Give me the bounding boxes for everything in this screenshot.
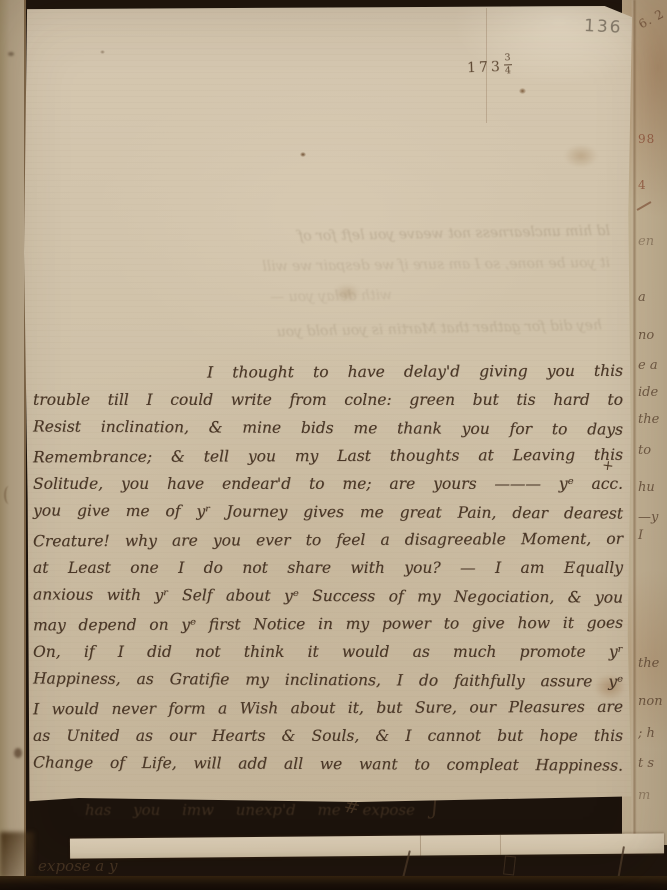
crease-mark (4, 486, 14, 504)
facing-text-fragment: —y (638, 510, 658, 525)
facing-text-fragment: hu (638, 480, 655, 495)
corner-shadow (0, 832, 34, 878)
letter-line: Resist inclination, & mine bids me thank… (33, 412, 623, 443)
gutter-crease (632, 0, 636, 845)
facing-text-fragment: to (638, 443, 651, 458)
fraction-numerator: 3 (503, 53, 511, 65)
folio-number: 136 (583, 16, 622, 38)
letter-line: Remembrance; & tell you my Last thoughts… (33, 441, 623, 472)
facing-text-fragment: en (638, 234, 654, 249)
facing-text-fragment: no (638, 328, 654, 343)
facing-text-fragment: ; h (638, 726, 655, 741)
facing-text-fragment: e a (638, 358, 658, 373)
letter-page: 136 17334 ld him unclearness not weave y… (24, 6, 632, 802)
letter-line: at Least one I do not share with you? — … (33, 554, 623, 582)
facing-text-fragment: the (638, 656, 659, 671)
lower-sheet-text-fragment: expose a y (38, 857, 118, 875)
facing-text-fragment: ide (638, 385, 658, 400)
under-sheet-clipped-line: has you imw unexp'd me expose (85, 801, 415, 819)
letter-line: Change of Life, will add all we want to … (33, 748, 623, 779)
manuscript-number: 17334 (467, 53, 513, 77)
foxing-spot (300, 152, 306, 157)
ink-blot (14, 748, 22, 758)
facing-page-number: 4 (638, 178, 647, 192)
facing-text-fragment: the (638, 412, 659, 427)
ink-speck (8, 52, 14, 56)
letter-line: anxious with yʳ Self about yᵉ Success of… (33, 580, 623, 611)
box-pen-mark (503, 855, 516, 875)
manuscript-number-integer: 173 (467, 59, 503, 76)
foxing-stain (564, 144, 598, 168)
facing-page-number: 6. 2 (636, 7, 666, 32)
pen-slash (637, 201, 652, 211)
letter-line: Solitude, you have endear'd to me; are y… (33, 470, 623, 498)
letter-line: On, if I did not think it would as much … (33, 638, 623, 666)
manuscript-photo: 6. 2 98 4 en a no e a ide the to hu —y I… (0, 0, 667, 890)
letter-line: Creature! why are you ever to feel a dis… (33, 525, 623, 556)
letter-line: as United as our Hearts & Souls, & I can… (33, 722, 623, 750)
showthrough-line: ld him unclearness not weave you left fo… (32, 223, 610, 249)
facing-text-fragment: a (638, 290, 646, 305)
paper-seam (500, 835, 501, 855)
showthrough-line: with delay you — (72, 287, 392, 309)
table-surface (0, 876, 667, 890)
foxing-spot (519, 88, 526, 94)
letter-line: you give me of yʳ Journey gives me great… (33, 496, 623, 527)
showthrough-line: it you be none, so I am sure if we despa… (32, 255, 610, 277)
facing-page-number: 98 (638, 132, 655, 146)
facing-text-fragment: I (638, 528, 643, 543)
fraction-denominator: 4 (504, 65, 512, 76)
letter-line: I thought to have delay'd giving you thi… (33, 357, 623, 388)
facing-text-fragment: m (638, 788, 650, 803)
facing-text-fragment: non (638, 694, 663, 709)
manuscript-number-fraction: 34 (503, 53, 512, 75)
showthrough-line: hey did for gather that Martin is you ho… (162, 317, 602, 342)
left-page-edge (0, 0, 26, 878)
foxing-spot (100, 50, 105, 54)
letter-line: Happiness, as Gratifie my inclinations, … (33, 664, 623, 695)
letter-line: trouble till I could write from colne: g… (33, 386, 623, 414)
letter-line: I would never form a Wish about it, but … (33, 693, 623, 724)
letter-body: I thought to have delay'd giving you thi… (33, 358, 623, 778)
facing-text-fragment: t s (638, 756, 654, 771)
paper-seam (420, 836, 421, 856)
letter-line: may depend on yᵉ first Notice in my powe… (33, 609, 623, 640)
